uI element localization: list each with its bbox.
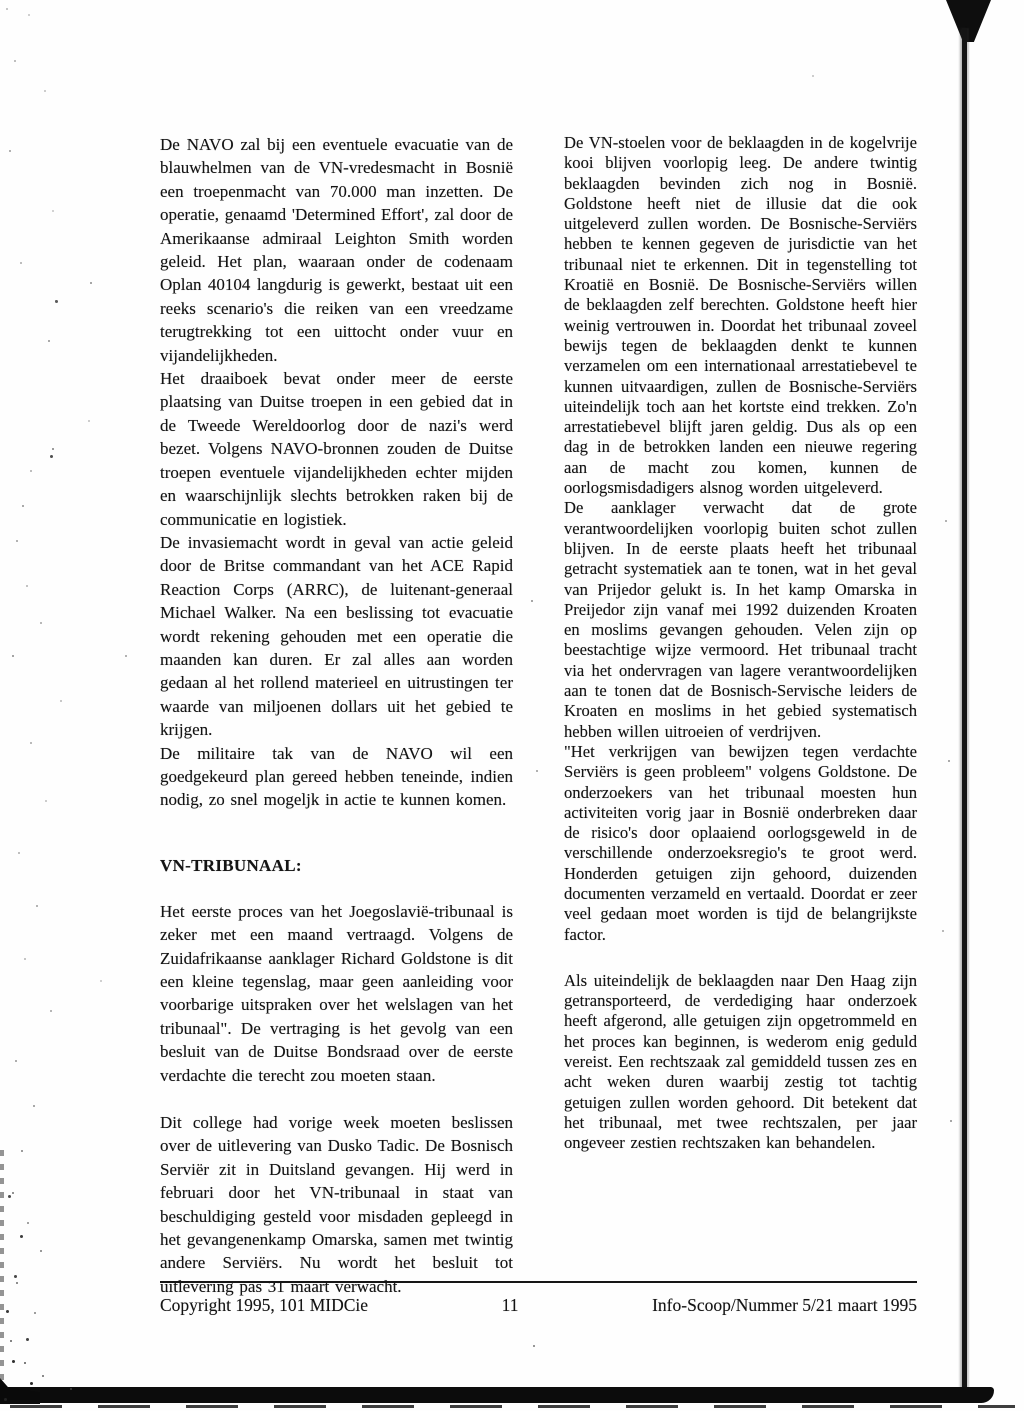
section-heading-vn-tribunaal: VN-TRIBUNAAL:: [160, 856, 513, 876]
col1-paragraph-3: De invasiemacht wordt in geval van actie…: [160, 531, 513, 742]
col2-closing-paragraph: Als uiteindelijk de beklaagden naar Den …: [564, 971, 917, 1154]
footer: Copyright 1995, 101 MIDCie 11 Info-Scoop…: [160, 1295, 917, 1316]
col1-paragraph-1: De NAVO zal bij een eventuele evacuatie …: [160, 133, 513, 367]
scan-artifact-bottom-edge-band: [0, 1387, 994, 1403]
scan-artifact-right-edge-line: [962, 28, 967, 1394]
scan-artifact-top-right-wedge: [946, 0, 991, 42]
col1-tribunal-paragraph-1: Het eerste proces van het Joegoslavië-tr…: [160, 900, 513, 1087]
footer-copyright: Copyright 1995, 101 MIDCie: [160, 1295, 368, 1316]
scan-artifact-left-edge-strip: [0, 1150, 4, 1388]
footer-page-number: 11: [502, 1295, 519, 1316]
footer-divider: [160, 1281, 917, 1283]
scanned-document-page: De NAVO zal bij een eventuele evacuatie …: [0, 0, 1024, 1411]
article-column-right: De VN-stoelen voor de beklaagden in de k…: [564, 133, 917, 1154]
col1-paragraph-2: Het draaiboek bevat onder meer de eerste…: [160, 367, 513, 531]
col2-paragraph-1: De VN-stoelen voor de beklaagden in de k…: [564, 133, 917, 498]
col2-paragraph-3: "Het verkrijgen van bewijzen tegen verda…: [564, 742, 917, 945]
scan-artifact-speckles-dark: [0, 0, 3, 3]
col2-paragraph-2: De aanklager verwacht dat de grote veran…: [564, 498, 917, 742]
col1-paragraph-4: De militaire tak van de NAVO wil een goe…: [160, 742, 513, 812]
col1-tribunal-paragraph-2: Dit college had vorige week moeten besli…: [160, 1111, 513, 1298]
article-column-left: De NAVO zal bij een eventuele evacuatie …: [160, 133, 513, 1298]
footer-issue: Info-Scoop/Nummer 5/21 maart 1995: [652, 1295, 917, 1316]
scan-artifact-bottom-dashes: [10, 1405, 1015, 1408]
